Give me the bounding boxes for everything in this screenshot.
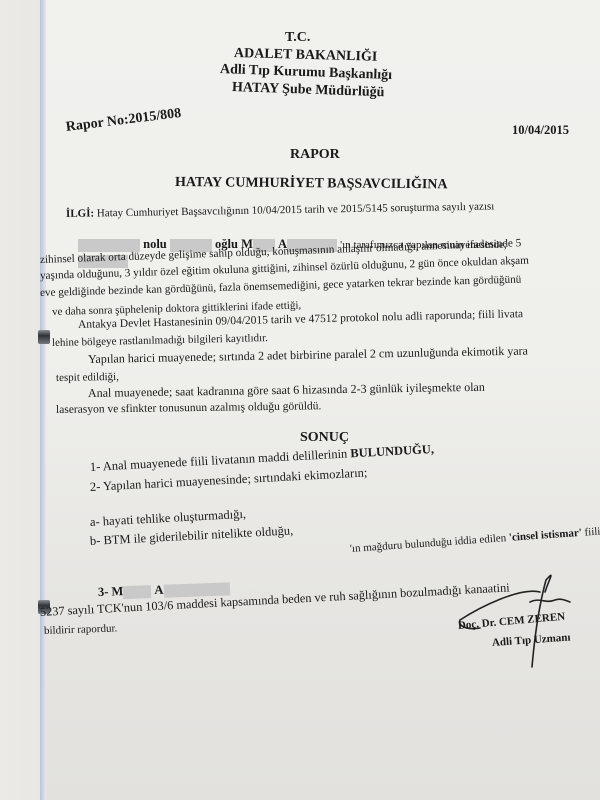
report-number: Rapor No:2015/808 [65,106,182,136]
header-tc: T.C. [285,30,310,46]
body-line: tespit edildiği, [56,371,119,384]
redacted-block [123,585,151,599]
text: A [154,583,164,597]
redacted-block [78,239,140,252]
reference-line: İLGİ: Hatay Cumhuriyet Başsavcılığının 1… [66,201,495,220]
header-branch: HATAY Şube Müdürlüğü [232,80,385,101]
text: fiili nedeniyle [581,522,600,538]
text: 3- M [98,584,124,599]
reference-text: Hatay Cumhuriyet Başsavcılığının 10/04/2… [97,201,495,220]
body-line: Anal muayenede; saat kadranına göre saat… [88,380,485,401]
text: BULUNDUĞU, [350,442,434,460]
report-document: T.C. ADALET BAKANLIĞI Adli Tıp Kurumu Ba… [0,0,600,800]
text: 'ın mağduru bulunduğu iddia edilen [350,532,510,555]
body-line: laserasyon ve sfinkter tonusunun azalmış… [56,400,322,416]
body-line: lehine bölgeye rastlanılmadığı bilgileri… [52,332,268,349]
reference-label: İLGİ: [66,208,94,220]
text: 'cinsel istismar' [509,527,583,544]
report-title: RAPOR [290,147,340,163]
body-line: Yapılan harici muayenede; sırtında 2 ade… [88,344,528,367]
report-date: 10/04/2015 [512,123,569,138]
conclusion-item-3-tail: 'ın mağduru bulunduğu iddia edilen 'cins… [350,522,600,555]
conclusion-heading: SONUÇ [300,430,349,446]
addressee: HATAY CUMHURİYET BAŞSAVCILIĞINA [175,175,448,193]
closing-line: bildirir rapordur. [44,622,118,637]
